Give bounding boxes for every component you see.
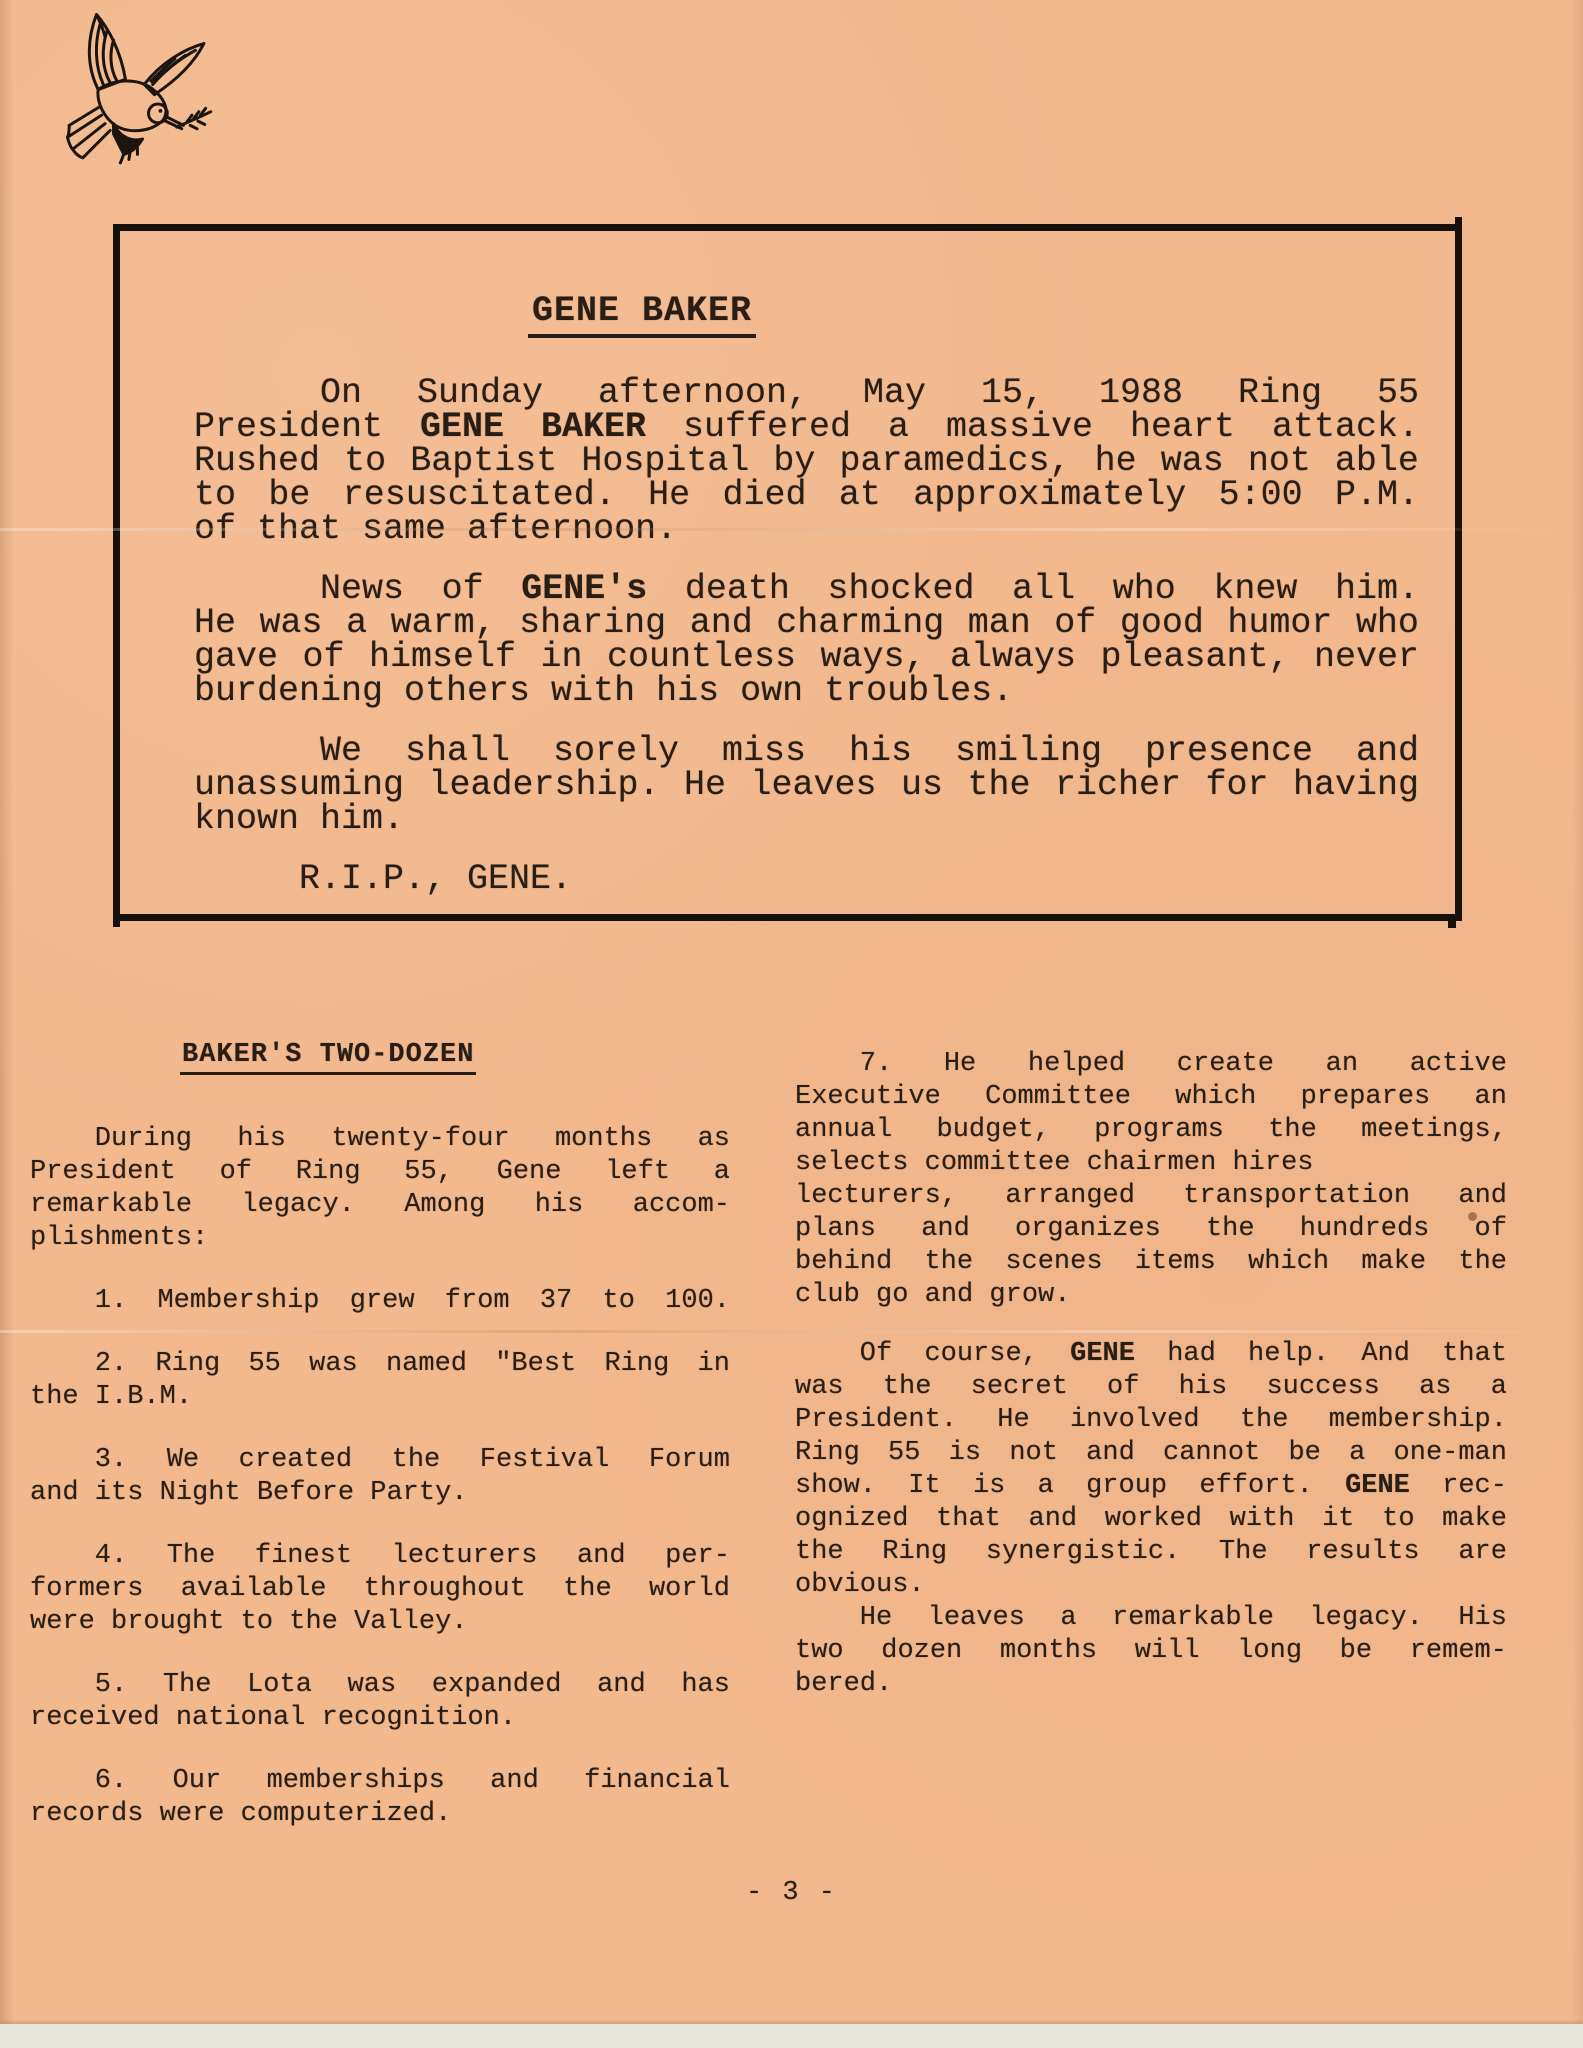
obituary-paragraph-3: Weshallsorelymisshissmilingpresenceandun…	[194, 734, 1419, 836]
obituary-title: GENE BAKER	[528, 291, 756, 338]
list-item-6: 6.Ourmembershipsandfinancialrecords were…	[30, 1765, 730, 1831]
list-item-5: 5.TheLotawasexpandedandhasreceived natio…	[30, 1669, 730, 1735]
dove-with-olive-branch-icon	[48, 6, 220, 168]
list-item-3: 3.WecreatedtheFestivalForumand its Night…	[30, 1444, 730, 1510]
list-item-1: 1.Membershipgrewfrom37to100.	[30, 1285, 730, 1318]
newsletter-page: GENE BAKER OnSundayafternoon,May15,1988R…	[0, 0, 1583, 2048]
box-corner-mark	[1448, 914, 1456, 928]
left-column-intro: Duringhistwenty-fourmonthsasPresidentofR…	[30, 1123, 730, 1255]
list-item-4: 4.Thefinestlecturersandper-formersavaila…	[30, 1540, 730, 1639]
paper-stain	[1468, 1212, 1477, 1221]
obituary-closing: R.I.P., GENE.	[194, 862, 1419, 896]
obituary-box: GENE BAKER OnSundayafternoon,May15,1988R…	[113, 224, 1462, 921]
obituary-body: OnSundayafternoon,May15,1988Ring55Presid…	[194, 376, 1419, 896]
list-item-2: 2.Ring55wasnamed"BestRinginthe I.B.M.	[30, 1348, 730, 1414]
list-item-7: 7.HehelpedcreateanactiveExecutiveCommitt…	[795, 1048, 1507, 1312]
right-column: 7.HehelpedcreateanactiveExecutiveCommitt…	[795, 1048, 1507, 1701]
right-column-paragraph-2: Ofcourse,GENEhadhelp.Andthatwasthesecret…	[795, 1338, 1507, 1602]
left-column-title: BAKER'S TWO-DOZEN	[180, 1040, 476, 1075]
obituary-paragraph-2: NewsofGENE'sdeathshockedallwhoknewhim.He…	[194, 572, 1419, 708]
left-column: BAKER'S TWO-DOZEN Duringhistwenty-fourmo…	[30, 1040, 730, 1831]
scan-edge-strip	[0, 2024, 1583, 2048]
obituary-paragraph-1: OnSundayafternoon,May15,1988Ring55Presid…	[194, 376, 1419, 546]
right-column-paragraph-3: Heleavesaremarkablelegacy.Histwodozenmon…	[795, 1602, 1507, 1701]
page-number: - 3 -	[0, 1878, 1583, 1908]
